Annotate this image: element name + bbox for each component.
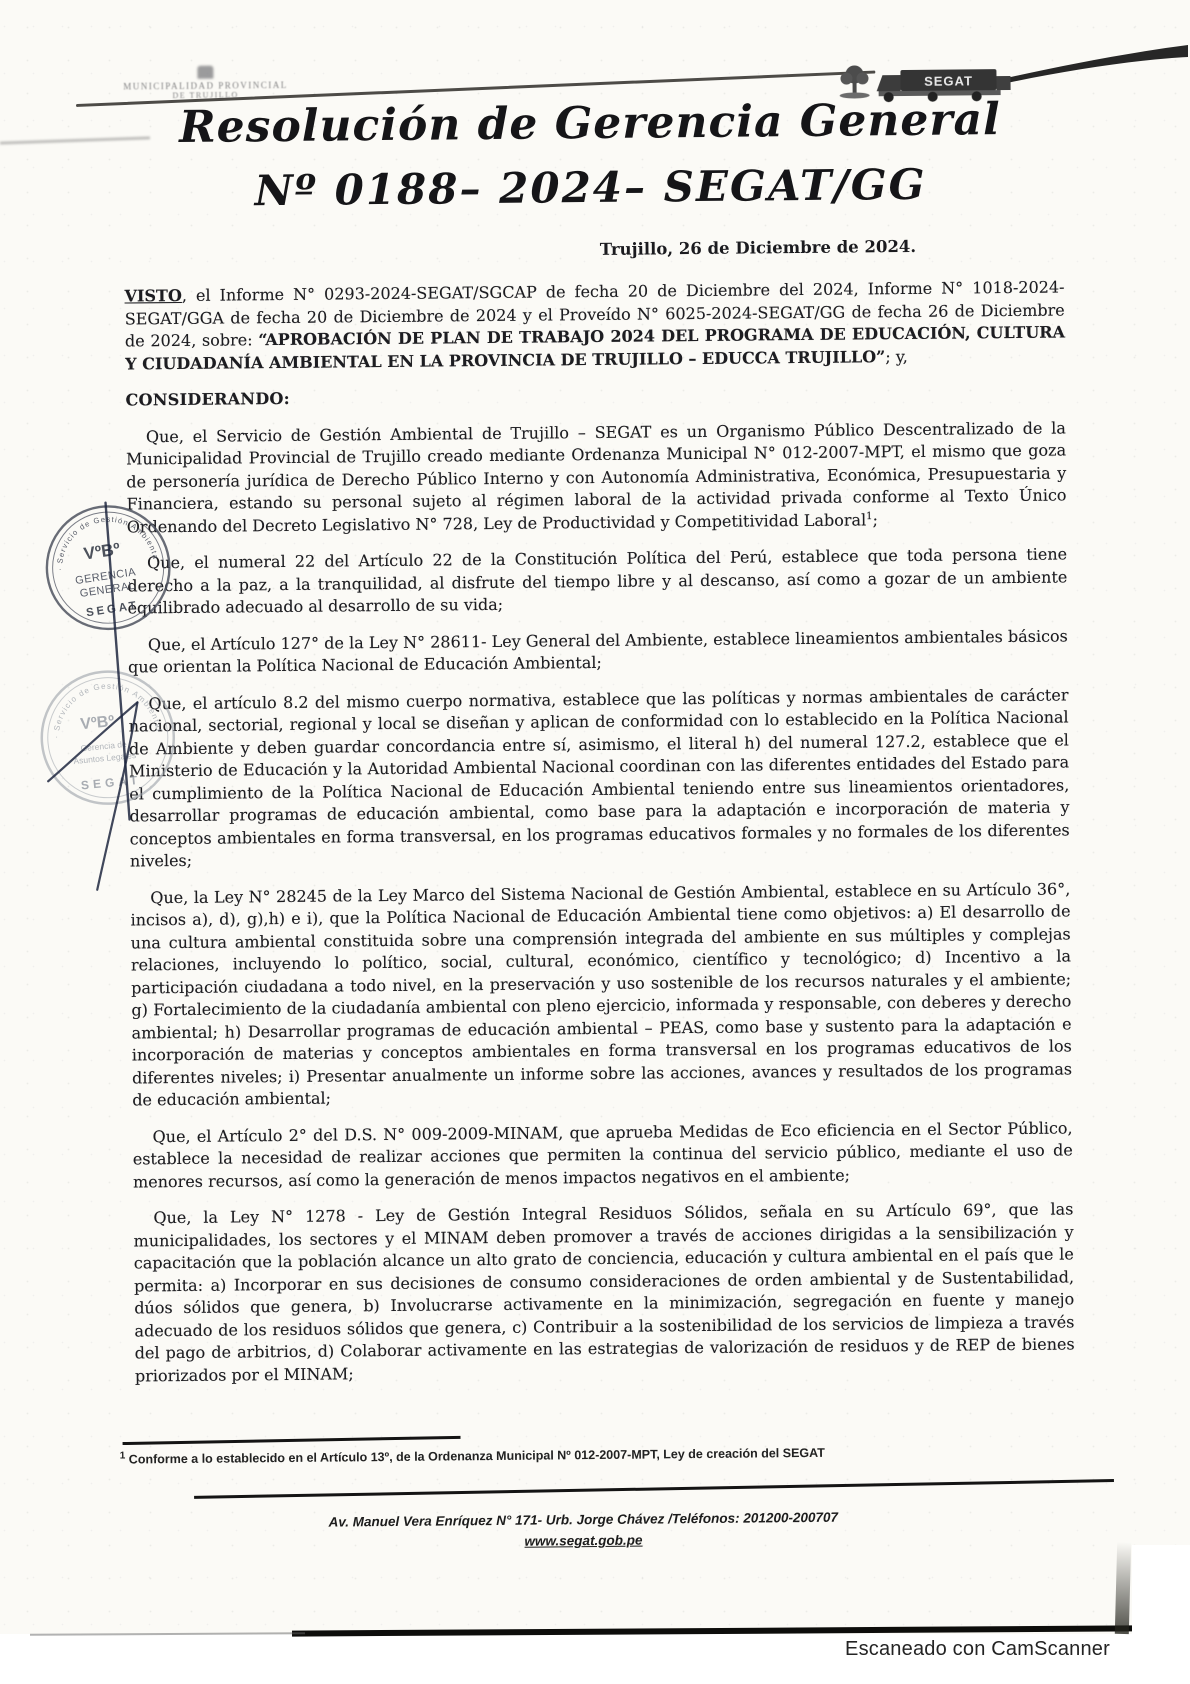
paragraph-6: Que, el Artículo 2° del D.S. N° 009-2009… [133,1117,1074,1194]
scanned-document-page: MUNICIPALIDAD PROVINCIAL DE TRUJILLO SEG… [0,0,1190,1684]
document-body: VISTO, el Informe N° 0293-2024-SEGAT/SGC… [124,276,1075,1401]
footnote: 1 Conforme a lo establecido en el Artícu… [120,1444,980,1466]
camscanner-watermark: Escaneado con CamScanner [845,1638,1110,1661]
paragraph-1-tail: ; [872,510,878,529]
svg-text:SEGAT: SEGAT [924,73,973,88]
visto-label: VISTO [124,286,181,306]
pen-signature-strokes [13,474,187,896]
letterhead-line2: DE TRUJILLO [81,90,331,101]
paragraph-1-text: Que, el Servicio de Gestión Ambiental de… [126,418,1067,536]
dateline: Trujillo, 26 de Diciembre de 2024. [600,237,916,259]
paragraph-1: Que, el Servicio de Gestión Ambiental de… [126,417,1067,539]
footnote-text: Conforme a lo establecido en el Artículo… [125,1446,825,1467]
paragraph-3: Que, el Artículo 127° de la Ley N° 28611… [128,625,1068,679]
footer-website: www.segat.gob.pe [524,1533,642,1549]
footer-address: Av. Manuel Vera Enríquez N° 171- Urb. Jo… [8,1507,1158,1533]
footnote-rule [123,1436,461,1445]
visto-paragraph: VISTO, el Informe N° 0293-2024-SEGAT/SGC… [124,276,1065,375]
footer-rule [194,1479,1114,1499]
document-content: MUNICIPALIDAD PROVINCIAL DE TRUJILLO SEG… [0,0,1190,1640]
paragraph-7: Que, la Ley N° 1278 - Ley de Gestión Int… [133,1198,1075,1387]
letterhead-municipality: MUNICIPALIDAD PROVINCIAL DE TRUJILLO [80,65,330,101]
paragraph-5: Que, la Ley N° 28245 de la Ley Marco del… [130,878,1072,1112]
visto-tail: ; y, [885,346,908,365]
page-footer: Av. Manuel Vera Enríquez N° 171- Urb. Jo… [8,1507,1158,1554]
considerando-heading: CONSIDERANDO: [125,380,1065,412]
paragraph-2: Que, el numeral 22 del Artículo 22 de la… [127,543,1068,620]
document-title-line1: Resolución de Gerencia General [0,92,1185,154]
document-title-line2: Nº 0188– 2024– SEGAT/GG [0,157,1186,217]
municipality-crest-icon [197,66,213,79]
visto-subject: “APROBACIÓN DE PLAN DE TRABAJO 2024 DEL … [125,322,1065,373]
paragraph-4: Que, el artículo 8.2 del mismo cuerpo no… [128,684,1070,873]
